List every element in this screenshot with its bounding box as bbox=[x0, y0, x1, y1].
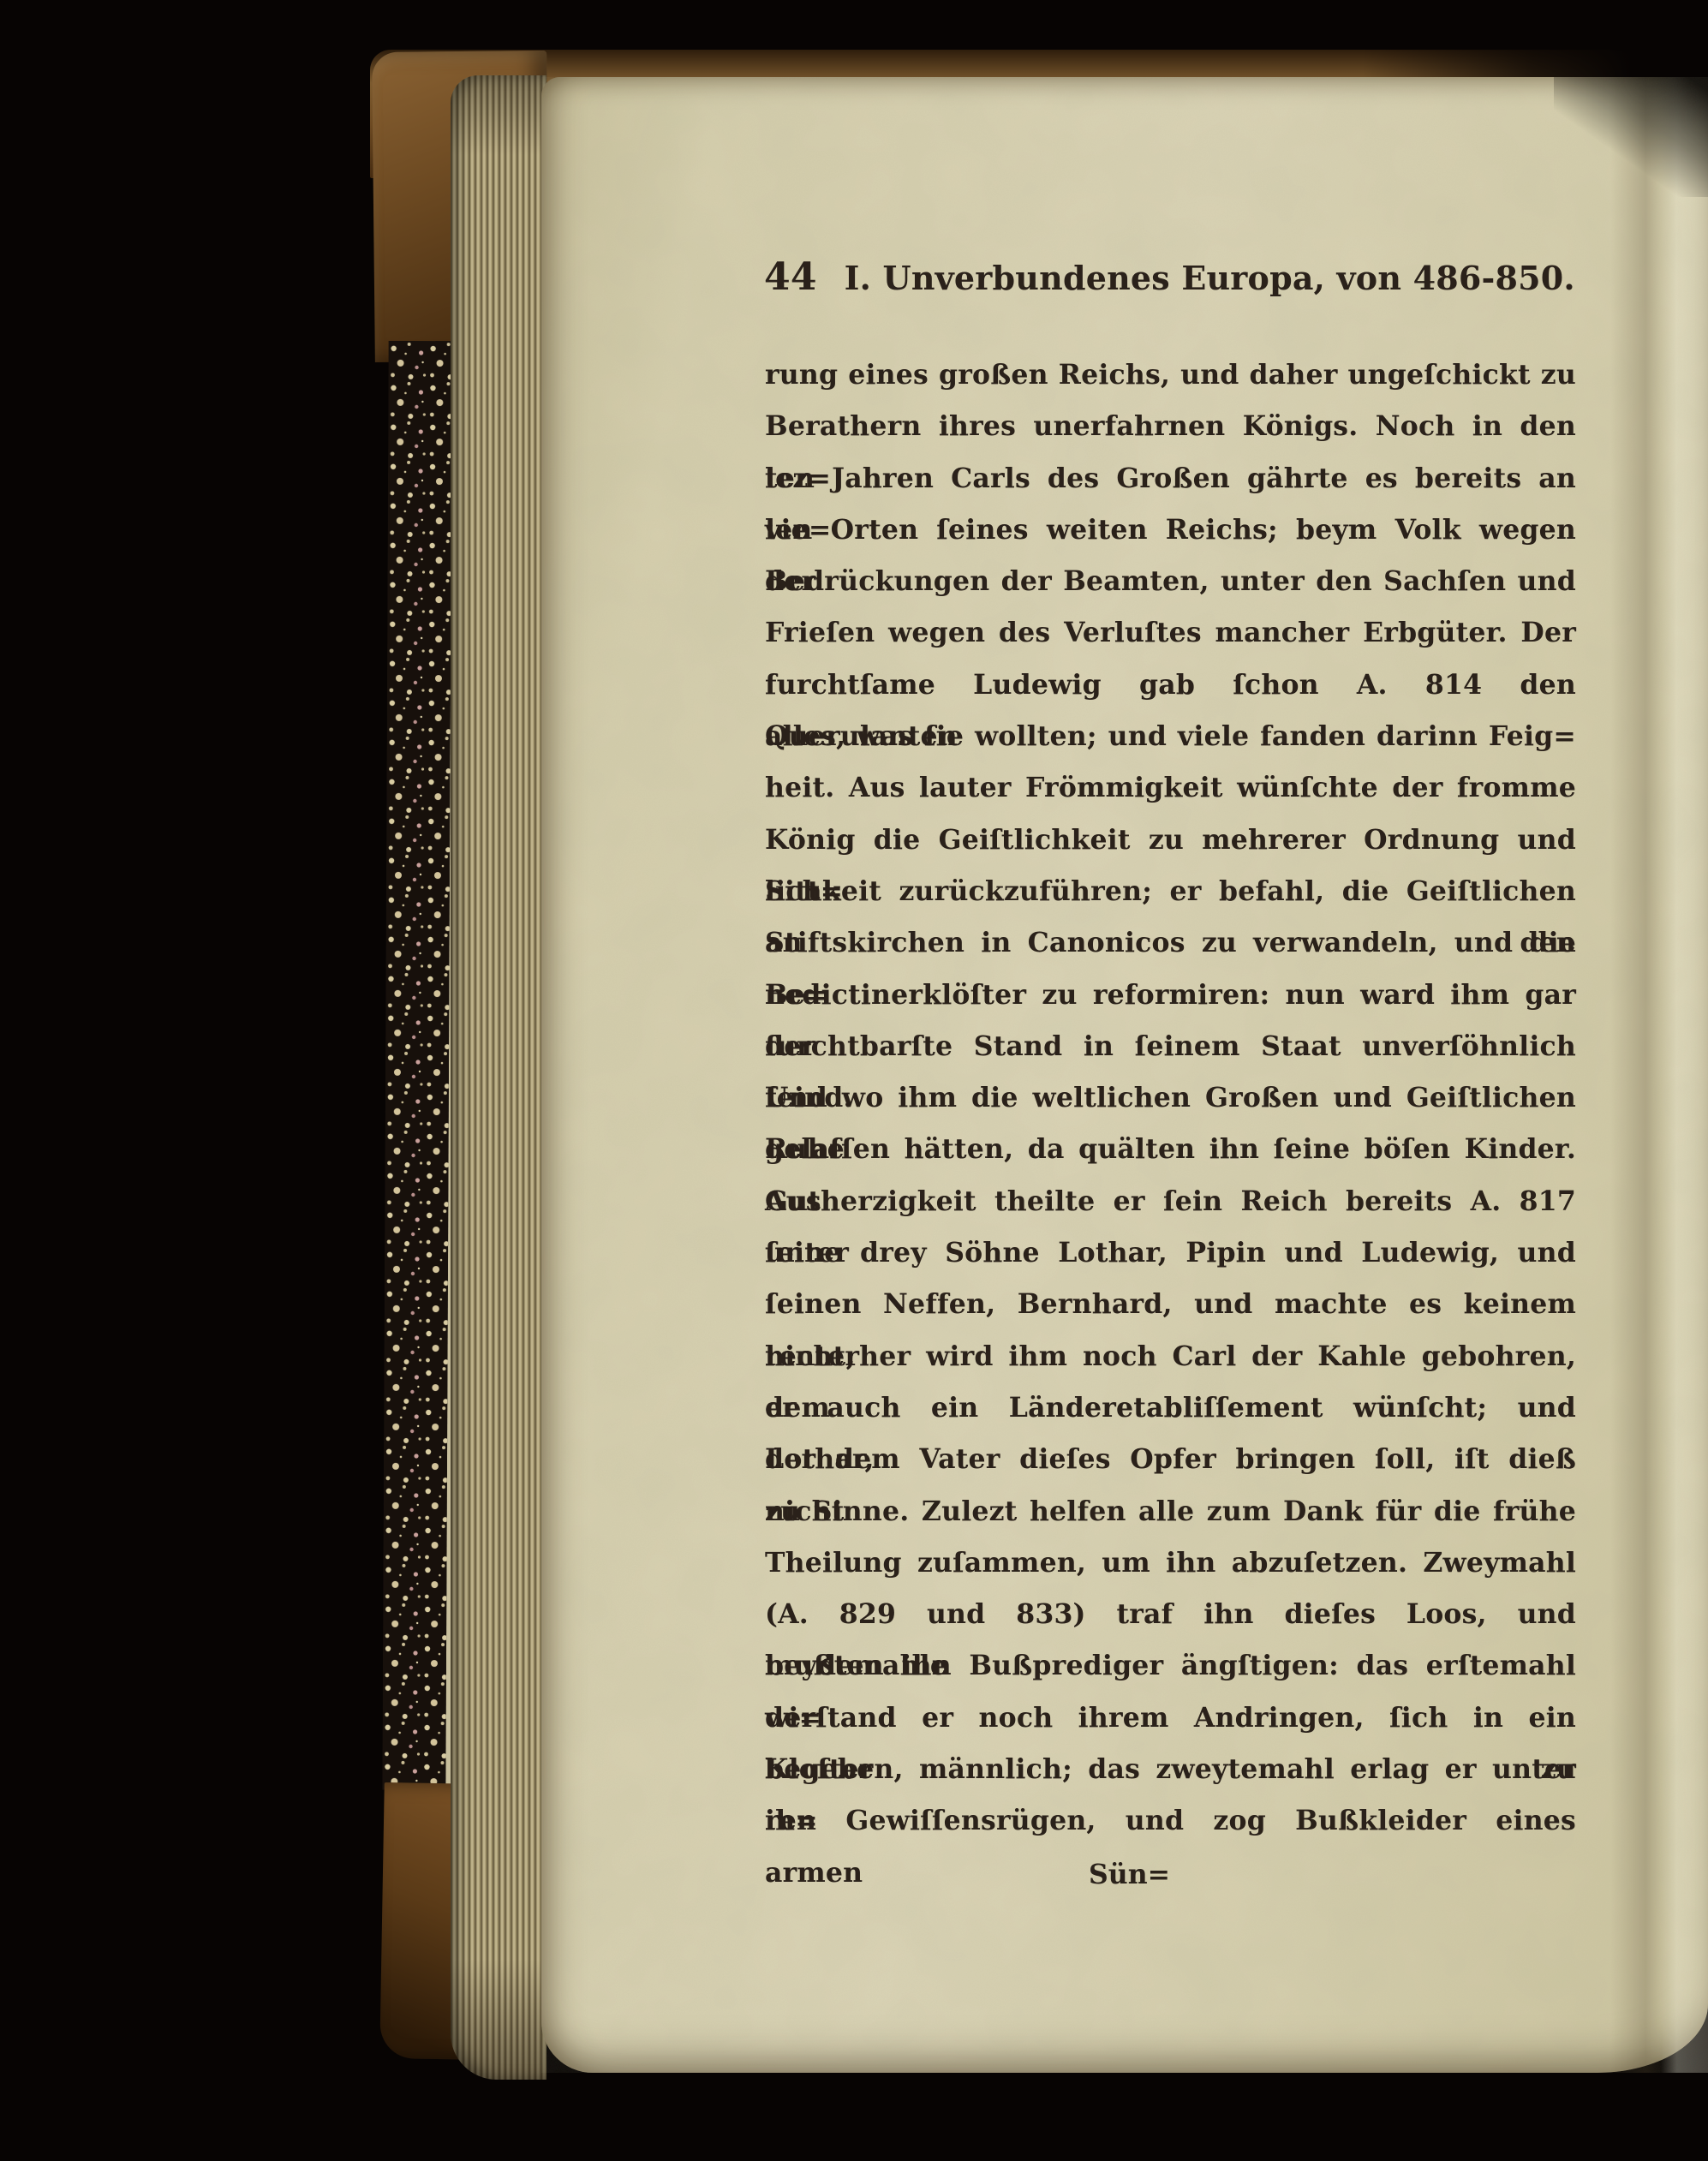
body-line: heit. Aus lauter Frömmigkeit wünſchte de… bbox=[765, 762, 1576, 814]
catchword: Sün= bbox=[765, 1849, 1576, 1901]
marble-texture bbox=[382, 341, 451, 1790]
body-line: rung eines großen Reichs, und daher unge… bbox=[765, 349, 1576, 401]
body-line: ren Gewiſſensrügen, und zog Bußkleider e… bbox=[765, 1795, 1576, 1847]
body-line: zu Sinne. Zulezt helfen alle zum Dank fü… bbox=[765, 1486, 1576, 1537]
scanned-book-photo: 44 I. Unverbundenes Europa, von 486-850.… bbox=[0, 0, 1708, 2161]
body-line: der dem Vater dieſes Opfer bringen ſoll,… bbox=[765, 1434, 1576, 1485]
body-line: er auch ein Länderetabliſſement wünſcht;… bbox=[765, 1382, 1576, 1434]
page-top-right-shadow bbox=[1554, 77, 1708, 197]
body-line: lichkeit zurückzuführen; er befahl, die … bbox=[765, 866, 1576, 917]
page-number: 44 bbox=[764, 255, 817, 299]
body-line: nedictinerklöſter zu reformiren: nun war… bbox=[765, 970, 1576, 1021]
body-line: Bedrückungen der Beamten, unter den Sach… bbox=[765, 556, 1576, 607]
body-line: ſeinen Neffen, Bernhard, und machte es k… bbox=[765, 1279, 1576, 1330]
page-header: 44 I. Unverbundenes Europa, von 486-850. bbox=[764, 255, 1569, 299]
body-line: ſeine drey Söhne Lothar, Pipin und Ludew… bbox=[765, 1227, 1576, 1279]
page-fore-edges-stack bbox=[451, 75, 546, 2080]
body-line: Gutherzigkeit theilte er ſein Reich bere… bbox=[765, 1176, 1576, 1227]
body-line: Theilung zuſammen, um ihn abzuſetzen. Zw… bbox=[765, 1537, 1576, 1589]
body-lines: rung eines großen Reichs, und daher unge… bbox=[765, 349, 1576, 1848]
body-line: len Orten ſeines weiten Reichs; beym Vol… bbox=[765, 504, 1576, 556]
body-line: König die Geiſtlichkeit zu mehrerer Ordn… bbox=[765, 815, 1576, 866]
body-line: furchtbarſte Stand in ſeinem Staat unver… bbox=[765, 1021, 1576, 1072]
body-line: ten Jahren Carls des Großen gährte es be… bbox=[765, 453, 1576, 504]
body-line: derſtand er noch ihrem Andringen, ſich i… bbox=[765, 1692, 1576, 1744]
body-line: furchtſame Ludewig gab ſchon A. 814 den … bbox=[765, 660, 1576, 711]
body-line: gelaſſen hätten, da quälten ihn ſeine bö… bbox=[765, 1124, 1576, 1175]
marbled-board-strip bbox=[382, 341, 460, 1790]
body-line: hinterher wird ihm noch Carl der Kahle g… bbox=[765, 1331, 1576, 1382]
body-line: Und wo ihm die weltlichen Großen und Gei… bbox=[765, 1072, 1576, 1124]
body-line: begeben, männlich; das zweytemahl erlag … bbox=[765, 1744, 1576, 1795]
body-line: (A. 829 und 833) traf ihn dieſes Loos, u… bbox=[765, 1589, 1576, 1640]
body-line: mußten ihn Bußprediger ängſtigen: das er… bbox=[765, 1640, 1576, 1692]
body-line: Frieſen wegen des Verluſtes mancher Erbg… bbox=[765, 607, 1576, 659]
chapter-running-title: I. Unverbundenes Europa, von 486-850. bbox=[845, 259, 1575, 297]
body-line: Berathern ihres unerfahrnen Königs. Noch… bbox=[765, 401, 1576, 452]
page-gutter-crease bbox=[1610, 77, 1708, 2073]
body-line: alles, was ſie wollten; und viele fanden… bbox=[765, 711, 1576, 762]
body-line: Stiftskirchen in Canonicos zu verwandeln… bbox=[765, 917, 1576, 969]
body-text: rung eines großen Reichs, und daher unge… bbox=[765, 349, 1576, 1901]
